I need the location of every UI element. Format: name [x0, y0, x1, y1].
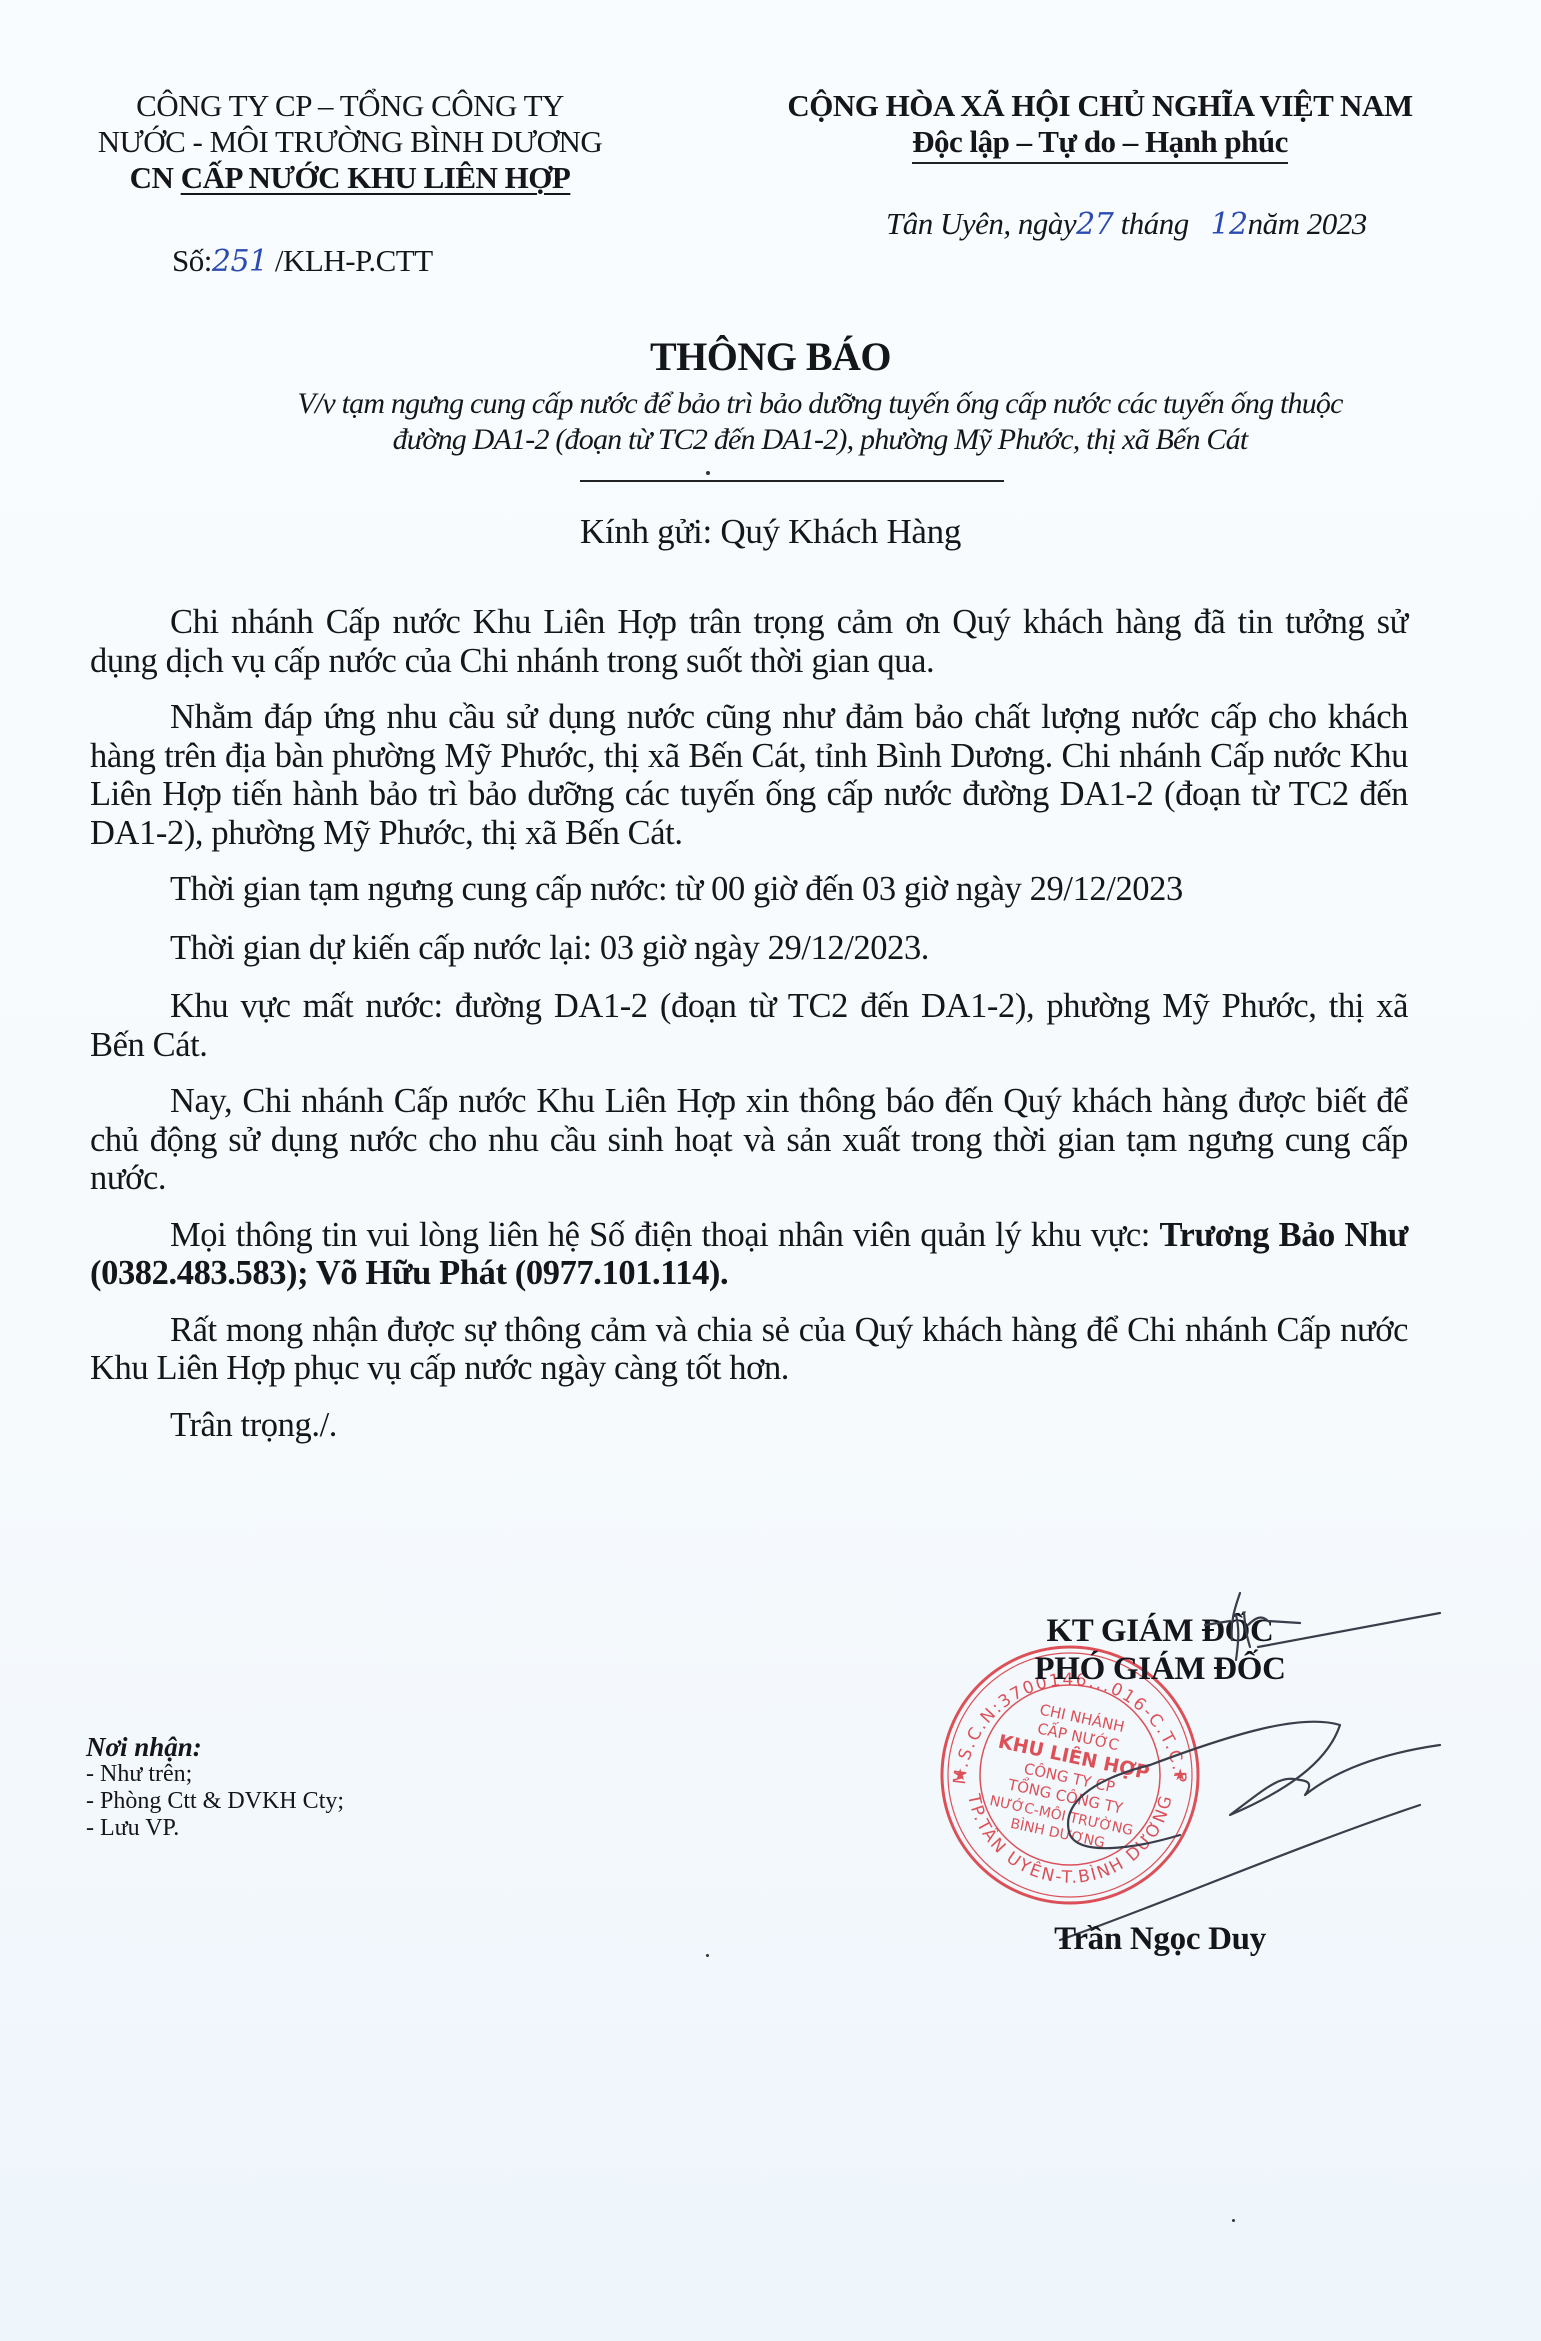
closing-phrase: Trân trọng./.	[90, 1406, 1408, 1445]
doc-number-handwritten: 251	[212, 244, 268, 279]
doc-number-label: Số:	[172, 243, 212, 278]
recipient-item: - Phòng Ctt & DVKH Cty;	[86, 1788, 344, 1815]
national-header: CỘNG HÒA XÃ HỘI CHỦ NGHĨA VIỆT NAM Độc l…	[700, 88, 1500, 164]
recipients-heading: Nơi nhận:	[86, 1734, 344, 1761]
contacts-intro: Mọi thông tin vui lòng liên hệ Số điện t…	[170, 1216, 1150, 1254]
paragraph-affected-area: Khu vực mất nước: đường DA1-2 (đoạn từ T…	[90, 987, 1408, 1064]
paragraph-appreciation: Rất mong nhận được sự thông cảm và chia …	[90, 1311, 1408, 1388]
recipients-block: Nơi nhận: - Như trên; - Phòng Ctt & DVKH…	[86, 1734, 344, 1842]
title-divider	[580, 480, 1004, 482]
date-year: năm 2023	[1248, 206, 1367, 241]
recipient-item: - Như trên;	[86, 1761, 344, 1788]
country-name: CỘNG HÒA XÃ HỘI CHỦ NGHĨA VIỆT NAM	[700, 88, 1500, 124]
document-title: THÔNG BÁO	[0, 333, 1541, 380]
branch-name: CẤP NƯỚC KHU LIÊN HỢP	[181, 160, 571, 195]
date-month-label: tháng	[1121, 206, 1189, 241]
handwritten-signature-icon	[1000, 1585, 1450, 1945]
branch-prefix: CN	[130, 160, 181, 195]
paragraph-advice: Nay, Chi nhánh Cấp nước Khu Liên Hợp xin…	[90, 1082, 1408, 1198]
paragraph-purpose: Nhằm đáp ứng nhu cầu sử dụng nước cũng n…	[90, 698, 1408, 852]
doc-number-suffix: /KLH-P.CTT	[275, 243, 433, 278]
issuer-header: CÔNG TY CP – TỔNG CÔNG TY NƯỚC - MÔI TRƯ…	[40, 88, 660, 196]
issuer-org-line-2: NƯỚC - MÔI TRƯỜNG BÌNH DƯƠNG	[40, 124, 660, 160]
subject-line-2: đường DA1-2 (đoạn từ TC2 đến DA1-2), phư…	[260, 422, 1380, 458]
date-day-handwritten: 27	[1076, 207, 1113, 242]
salutation: Kính gửi: Quý Khách Hàng	[0, 512, 1541, 552]
paragraph-thanks: Chi nhánh Cấp nước Khu Liên Hợp trân trọ…	[90, 603, 1408, 680]
signer-name: Trần Ngọc Duy	[960, 1921, 1360, 1958]
subject-line-1: V/v tạm ngưng cung cấp nước để bảo trì b…	[260, 386, 1380, 422]
date-place: Tân Uyên, ngày	[886, 206, 1076, 241]
scan-speck	[1232, 2219, 1235, 2222]
paragraph-restore-time: Thời gian dự kiến cấp nước lại: 03 giờ n…	[90, 929, 1408, 968]
issuer-branch: CN CẤP NƯỚC KHU LIÊN HỢP	[40, 160, 660, 196]
document-number: Số:251 /KLH-P.CTT	[172, 243, 433, 279]
document-subject: V/v tạm ngưng cung cấp nước để bảo trì b…	[260, 386, 1380, 458]
paragraph-outage-time: Thời gian tạm ngưng cung cấp nước: từ 00…	[90, 870, 1408, 909]
paragraph-contacts: Mọi thông tin vui lòng liên hệ Số điện t…	[90, 1216, 1408, 1293]
issuer-org-line-1: CÔNG TY CP – TỔNG CÔNG TY	[40, 88, 660, 124]
issue-date: Tân Uyên, ngày27 tháng 12năm 2023	[886, 206, 1367, 242]
notice-body: Chi nhánh Cấp nước Khu Liên Hợp trân trọ…	[90, 603, 1408, 1462]
scan-speck	[706, 471, 710, 475]
scan-speck	[706, 1954, 709, 1957]
svg-text:★: ★	[953, 1765, 967, 1784]
national-motto: Độc lập – Tự do – Hạnh phúc	[912, 124, 1288, 164]
date-month-handwritten: 12	[1210, 207, 1247, 242]
document-page: CÔNG TY CP – TỔNG CÔNG TY NƯỚC - MÔI TRƯ…	[0, 0, 1541, 2341]
recipient-item: - Lưu VP.	[86, 1815, 344, 1842]
